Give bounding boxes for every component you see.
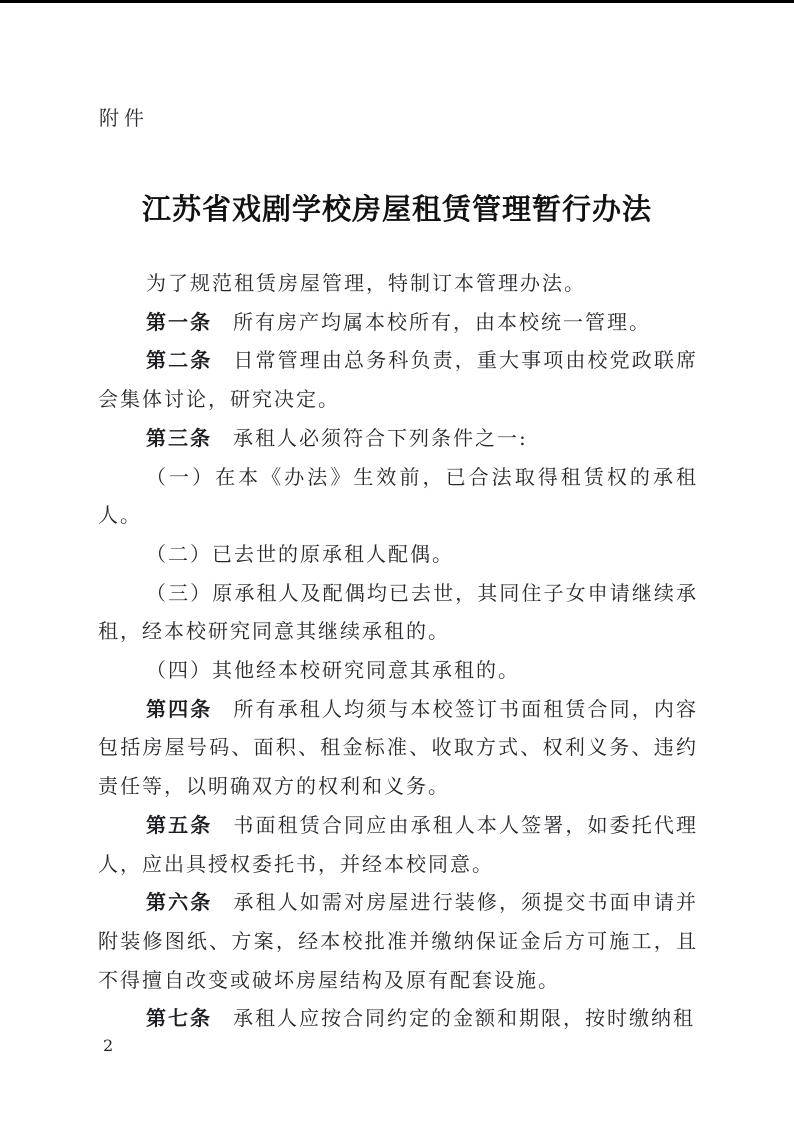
page-top-edge xyxy=(0,0,794,3)
paragraph: 第七条承租人应按合同约定的金额和期限，按时缴纳租 xyxy=(98,999,698,1038)
paragraph-text: （三）原承租人及配偶均已去世，其同住子女申请继续承租，经本校研究同意其继续承租的… xyxy=(98,581,698,644)
paragraph: （四）其他经本校研究同意其承租的。 xyxy=(98,651,698,690)
article-label: 第六条 xyxy=(146,890,212,914)
page-number: 2 xyxy=(103,1036,113,1056)
article-label: 第四条 xyxy=(146,697,212,721)
paragraph-text: 承租人必须符合下列条件之一: xyxy=(233,426,528,450)
paragraph: 第六条承租人如需对房屋进行装修，须提交书面申请并附装修图纸、方案，经本校批准并缴… xyxy=(98,883,698,999)
document-page: 附件 江苏省戏剧学校房屋租赁管理暂行办法 为了规范租赁房屋管理，特制订本管理办法… xyxy=(0,0,794,1123)
paragraph-text: 为了规范租赁房屋管理，特制订本管理办法。 xyxy=(146,271,586,295)
paragraph-text: （四）其他经本校研究同意其承租的。 xyxy=(146,658,520,682)
paragraph-text: 承租人应按合同约定的金额和期限，按时缴纳租 xyxy=(233,1006,695,1030)
paragraph-text: （一）在本《办法》生效前，已合法取得租赁权的承租人。 xyxy=(98,465,698,528)
attachment-label: 附件 xyxy=(99,105,149,131)
article-label: 第七条 xyxy=(146,1006,212,1030)
paragraph: 第三条承租人必须符合下列条件之一: xyxy=(98,419,698,458)
paragraph: 为了规范租赁房屋管理，特制订本管理办法。 xyxy=(98,264,698,303)
paragraph: （一）在本《办法》生效前，已合法取得租赁权的承租人。 xyxy=(98,458,698,535)
paragraph: 第二条日常管理由总务科负责，重大事项由校党政联席会集体讨论，研究决定。 xyxy=(98,341,698,418)
article-label: 第三条 xyxy=(146,426,212,450)
article-label: 第一条 xyxy=(146,310,212,334)
paragraph: （二）已去世的原承租人配偶。 xyxy=(98,535,698,574)
article-label: 第五条 xyxy=(146,813,212,837)
paragraph: 第一条所有房产均属本校所有，由本校统一管理。 xyxy=(98,303,698,342)
paragraph: （三）原承租人及配偶均已去世，其同住子女申请继续承租，经本校研究同意其继续承租的… xyxy=(98,574,698,651)
document-body: 为了规范租赁房屋管理，特制订本管理办法。 第一条所有房产均属本校所有，由本校统一… xyxy=(98,264,698,1038)
article-label: 第二条 xyxy=(146,348,212,372)
paragraph: 第四条所有承租人均须与本校签订书面租赁合同，内容包括房屋号码、面积、租金标准、收… xyxy=(98,690,698,806)
paragraph: 第五条书面租赁合同应由承租人本人签署，如委托代理人，应出具授权委托书，并经本校同… xyxy=(98,806,698,883)
paragraph-text: 所有房产均属本校所有，由本校统一管理。 xyxy=(233,310,651,334)
document-title: 江苏省戏剧学校房屋租赁管理暂行办法 xyxy=(0,191,794,227)
paragraph-text: （二）已去世的原承租人配偶。 xyxy=(146,542,454,566)
